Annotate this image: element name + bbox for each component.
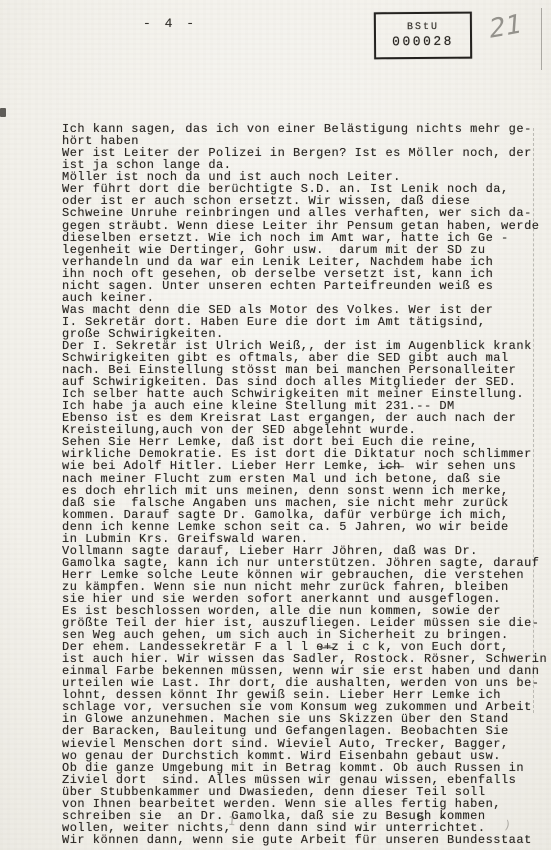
handwritten-page-number: 21 — [488, 9, 523, 46]
text-line: wieviel Menschen dort sind. Wieviel Auto… — [62, 738, 551, 750]
text-line: denn ich kenne Lemke schon seit ca. 5 Ja… — [62, 521, 551, 533]
text-line: dieselben ersetzt. Wie ich noch im Amt w… — [62, 232, 551, 244]
photocopy-edge-line-top — [541, 8, 542, 70]
text-line: von Ihnen bearbeitet werden. Wenn sie al… — [62, 798, 551, 810]
scan-edge-artifact — [0, 108, 6, 117]
text-line: kommen. Darauf sagte Dr. Gamolka, dafür … — [62, 509, 551, 521]
text-line: Ziviel dort sind. Alles müssen wir genau… — [62, 774, 551, 786]
text-line: nach meiner Flucht zum ersten Mal und ic… — [62, 473, 551, 485]
text-line: der Baracken, Bauleitung und Gefangenlag… — [62, 725, 551, 737]
pencil-mark: 1 — [228, 814, 237, 828]
text-line: es doch ehrlich mit uns meinen, denn son… — [62, 485, 551, 497]
stamp-org-label: BStU — [407, 22, 439, 33]
text-line: verhandeln und da war ein Lenik Leiter, … — [62, 256, 551, 268]
text-line: wie bei Adolf Hitler. Lieber Herr Lemke,… — [62, 460, 551, 472]
text-line: in Lubmin Krs. Greifswald waren. — [62, 533, 551, 545]
text-line: nicht sagen. Unter unseren echten Partei… — [62, 280, 551, 292]
text-line: legenheit wie Dertinger, Gohr usw. darum… — [62, 244, 551, 256]
bstu-stamp: BStU 000028 — [374, 12, 472, 60]
text-line: ihn noch oft gesehen, ob derselbe verset… — [62, 268, 551, 280]
stamp-number: 000028 — [392, 34, 454, 49]
text-line: wo genau der Durchstich kommt. Wird Eise… — [62, 750, 551, 762]
page-number-bottom: - 5 - — [395, 810, 449, 825]
text-line: gegen sträubt. Wenn diese Leiter ihr Pen… — [62, 220, 551, 232]
typewritten-text-body: Ich kann sagen, das ich von einer Beläst… — [62, 87, 551, 846]
document-page: - 4 - BStU 000028 21 Ich kann sagen, das… — [0, 0, 551, 850]
text-line: Wir können dann, wenn sie gute Arbeit fü… — [62, 834, 551, 846]
page-number-top: - 4 - — [143, 16, 197, 31]
text-line: daß sie falsche Angaben uns machen, sie … — [62, 497, 551, 509]
text-line: Schweine Unruhe reinbringen und alles ve… — [62, 207, 551, 219]
text-line: Ob die ganze Umgebung mit in Betrag komm… — [62, 762, 551, 774]
text-line: über Stubbenkammer und Dwasieden, denn d… — [62, 786, 551, 798]
